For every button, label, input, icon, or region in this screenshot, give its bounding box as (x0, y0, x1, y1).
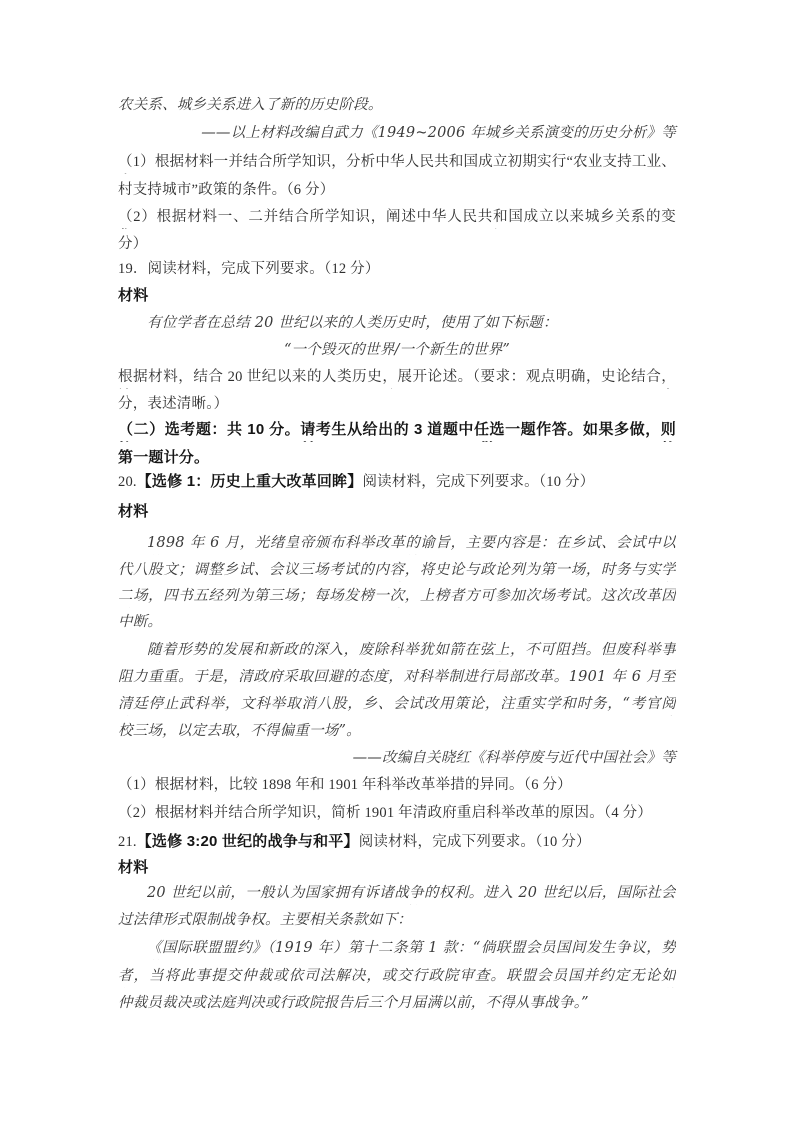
q18-sub2-line1: （2）根据材料一、二并结合所学知识，阐述中华人民共和国成立以来城乡关系的变化。（… (118, 207, 676, 229)
q20-material-para2-line2: 阻力重重。于是，清政府采取回避的态度，对科举制进行局部改革。1901 年 6 月… (118, 667, 676, 689)
q21-covenant-line2: 者，当将此事提交仲裁或依司法解决，或交行政院审查。联盟会员国并约定无论如何，非俟 (118, 966, 676, 988)
q18-sub1-line2: 村支持城市”政策的条件。（6 分） (118, 180, 676, 200)
q21-number: 21. (118, 834, 137, 850)
q20-material-source-attribution: ——改编自关晓红《科举停废与近代中国社会》等 (118, 748, 676, 768)
q21-material-heading: 材料 (118, 858, 676, 878)
q19-material-line1: 有位学者在总结 20 世纪以来的人类历史时，使用了如下标题： (118, 313, 676, 333)
q21-covenant-line3: 仲裁员裁决或法庭判决或行政院报告后三个月届满以前，不得从事战争。” (118, 993, 676, 1013)
exam-page: 农关系、城乡关系进入了新的历史阶段。 ——以上材料改编自武力《1949~2006… (0, 0, 794, 1123)
q21-elective-label: 【选修 3:20 世纪的战争与和平】 (137, 833, 359, 850)
q19-material-quote-title: “一个毁灭的世界/一个新生的世界” (118, 340, 676, 360)
q20-material-para1-line1: 1898 年 6 月，光绪皇帝颁布科举改革的谕旨，主要内容是：在乡试、会试中以策… (118, 533, 676, 555)
optional-section-note-line1: （二）选考题：共 10 分。请考生从给出的 3 道题中任选一题作答。如果多做，则… (118, 420, 676, 442)
q19-task-line1: 根据材料，结合 20 世纪以来的人类历史，展开论述。（要求：观点明确，史论结合，… (118, 367, 676, 389)
q20-material-heading: 材料 (118, 502, 676, 522)
q18-sub2-line2: 分） (118, 234, 676, 254)
q18-sub1-line1: （1）根据材料一并结合所学知识，分析中华人民共和国成立初期实行“农业支持工业、农 (118, 152, 676, 174)
q20-header: 20.【选修 1：历史上重大改革回眸】阅读材料，完成下列要求。（10 分） (118, 472, 676, 492)
q20-material-para1-line2: 代八股文；调整乡试、会议三场考试的内容，将史论与政论列为第一场，时务与实学列为第 (118, 560, 676, 582)
q20-material-para1-line4: 中断。 (118, 612, 676, 632)
q21-header: 21.【选修 3:20 世纪的战争与和平】阅读材料，完成下列要求。（10 分） (118, 832, 676, 852)
q20-number: 20. (118, 474, 137, 490)
q19-material-heading: 材料 (118, 286, 676, 306)
q20-sub2: （2）根据材料并结合所学知识，简析 1901 年清政府重启科举改革的原因。（4 … (118, 803, 676, 823)
q20-material-para2-line1: 随着形势的发展和新政的深入，废除科举犹如箭在弦上，不可阻挡。但废科举事关重大， (118, 640, 676, 662)
q20-material-para2-line3: 清廷停止武科举，文科举取消八股，乡、会试改用策论，注重实学和时务，“考官阅卷，合 (118, 694, 676, 716)
optional-section-note-line2: 第一题计分。 (118, 448, 676, 468)
q19-stem: 19．阅读材料，完成下列要求。（12 分） (118, 259, 676, 279)
q21-stem: 阅读材料，完成下列要求。（10 分） (359, 834, 591, 850)
q20-material-para2-line4: 校三场，以定去取，不得偏重一场”。 (118, 721, 676, 741)
q21-material-line2: 过法律形式限制战争权。主要相关条款如下： (118, 910, 676, 930)
q20-sub1: （1）根据材料，比较 1898 年和 1901 年科举改革举措的异同。（6 分） (118, 775, 676, 795)
q21-covenant-line1: 《国际联盟盟约》（1919 年）第十二条第 1 款：“倘联盟会员国间发生争议，势… (118, 938, 676, 960)
q20-material-para1-line3: 二场，四书五经列为第三场；每场发榜一次，上榜者方可参加次场考试。这次改革因政变而 (118, 586, 676, 608)
q18-material-source-attribution: ——以上材料改编自武力《1949~2006 年城乡关系演变的历史分析》等 (118, 123, 676, 143)
q21-material-line1: 20 世纪以前，一般认为国家拥有诉诸战争的权利。进入 20 世纪以后，国际社会开… (118, 883, 676, 905)
q19-task-line2: 分，表述清晰。） (118, 394, 676, 414)
q20-elective-label: 【选修 1：历史上重大改革回眸】 (137, 473, 363, 490)
q18-material-continuation-line: 农关系、城乡关系进入了新的历史阶段。 (118, 95, 676, 115)
q20-stem: 阅读材料，完成下列要求。（10 分） (362, 474, 594, 490)
